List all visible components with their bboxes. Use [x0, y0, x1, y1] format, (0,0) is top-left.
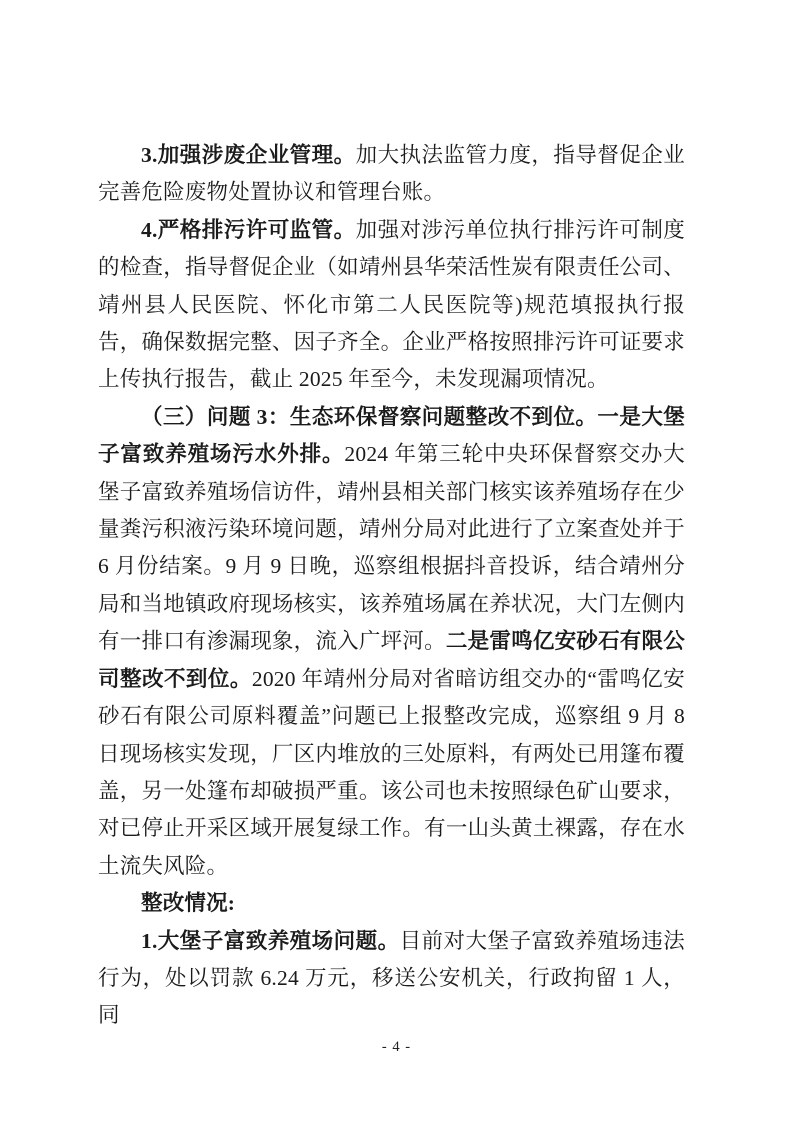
paragraph: （三）问题 3：生态环保督察问题整改不到位。一是大堡子富致养殖场污水外排。202… — [98, 399, 685, 885]
emphasis-run: 4.严格排污许可监管。 — [141, 218, 356, 242]
emphasis-run: 3.加强涉废企业管理。 — [141, 143, 356, 167]
document-page: 3.加强涉废企业管理。加大执法监管力度，指导督促企业完善危险废物处置协议和管理台… — [0, 0, 793, 1122]
emphasis-run: 1.大堡子富致养殖场问题。 — [141, 929, 400, 953]
page-footer: - 4 - — [0, 1038, 793, 1056]
paragraph: 3.加强涉废企业管理。加大执法监管力度，指导督促企业完善危险废物处置协议和管理台… — [98, 137, 685, 212]
text-run: 2020 年靖州分局对省暗访组交办的“雷鸣亿安砂石有限公司原料覆盖”问题已上报整… — [98, 667, 685, 878]
text-run: 加强对涉污单位执行排污许可制度的检查，指导督促企业（如靖州县华荣活性炭有限责任公… — [98, 218, 685, 392]
emphasis-run: 整改情况: — [141, 891, 235, 915]
document-body: 3.加强涉废企业管理。加大执法监管力度，指导督促企业完善危险废物处置协议和管理台… — [98, 137, 685, 1035]
paragraph: 4.严格排污许可监管。加强对涉污单位执行排污许可制度的检查，指导督促企业（如靖州… — [98, 212, 685, 399]
text-run: 2024 年第三轮中央环保督察交办大堡子富致养殖场信访件，靖州县相关部门核实该养… — [98, 442, 685, 653]
page-number: - 4 - — [382, 1039, 411, 1055]
paragraph: 整改情况: — [98, 885, 685, 922]
paragraph: 1.大堡子富致养殖场问题。目前对大堡子富致养殖场违法行为，处以罚款 6.24 万… — [98, 923, 685, 1035]
